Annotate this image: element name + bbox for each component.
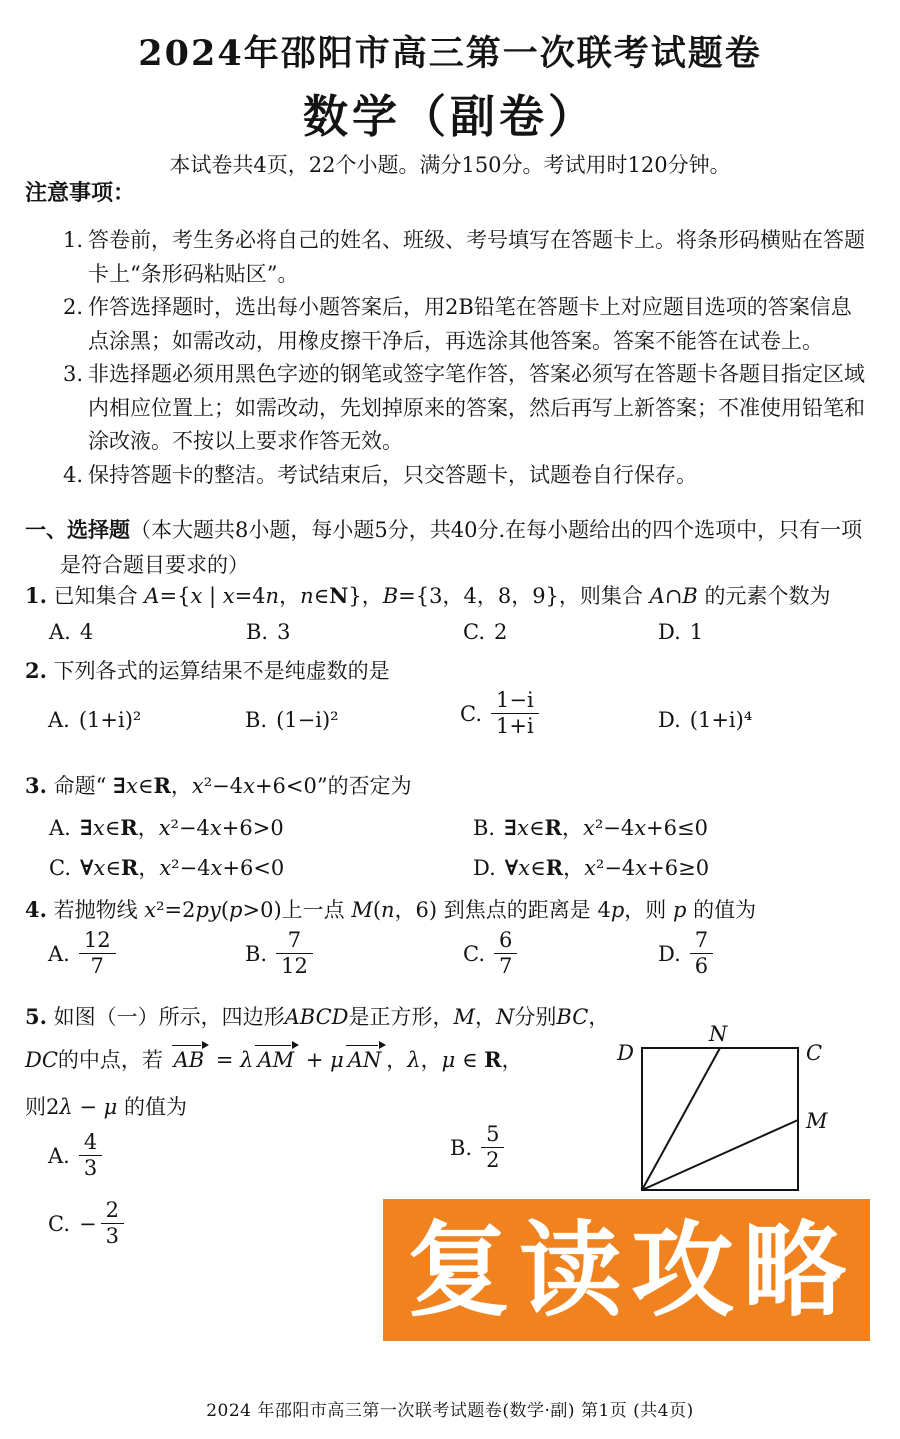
fraction: 1−i1+i — [491, 688, 539, 739]
exam-subtitle: 数学（副卷） — [0, 80, 900, 145]
exam-title: 2024年邵阳市高三第一次联考试题卷 — [0, 26, 900, 76]
question-1-option-d: D.1 — [658, 620, 703, 644]
question-3-option-d: D.∀x∈R，x²−4x+6≥0 — [473, 852, 709, 882]
question-5-stem-line-1: 5. 如图（一）所示，四边形ABCD是正方形，M，N分别BC， — [25, 1001, 609, 1031]
notice-text: 作答选择题时，选出每小题答案后，用2B铅笔在答题卡上对应题目选项的答案信息点涂黑… — [88, 295, 852, 353]
section-desc: （本大题共8小题，每小题5分，共40分.在每小题给出的四个选项中，只有一项是符合… — [60, 518, 862, 577]
question-3-stem: 3. 命题“ ∃x∈R，x²−4x+6<0”的否定为 — [25, 770, 412, 800]
question-4-option-a: A.127 — [48, 928, 116, 979]
notice-number: 1. — [63, 224, 83, 258]
question-1-option-c: C.2 — [463, 620, 507, 644]
notice-text: 答卷前，考生务必将自己的姓名、班级、考号填写在答题卡上。将条形码横贴在答题卡上“… — [88, 228, 865, 286]
question-1-stem: 1. 已知集合 A={x | x=4n，n∈N}，B={3，4，8，9}，则集合… — [25, 580, 831, 610]
question-5-stem-line-3: 则2λ − μ 的值为 — [25, 1091, 187, 1121]
question-2-stem: 2. 下列各式的运算结果不是纯虚数的是 — [25, 655, 390, 685]
section-label: 一、选择题 — [25, 519, 130, 542]
vertex-label-d: D — [616, 1041, 634, 1065]
section-heading: 一、选择题（本大题共8小题，每小题5分，共40分.在每小题给出的四个选项中，只有… — [25, 513, 877, 583]
question-2-option-c: C.1−i1+i — [460, 688, 539, 739]
fraction: 76 — [690, 928, 713, 979]
segment-a-n — [642, 1048, 720, 1190]
notice-number: 2. — [63, 291, 83, 325]
question-4-option-d: D.76 — [658, 928, 713, 979]
question-5-option-a: A.43 — [48, 1130, 102, 1181]
banner-text: 复读攻略 — [407, 1219, 855, 1322]
question-5-option-c: C.− 23 — [48, 1198, 124, 1249]
vertex-label-m: M — [805, 1109, 828, 1133]
question-2-option-d: D.(1+i)⁴ — [658, 708, 752, 732]
question-3-option-c: C.∀x∈R，x²−4x+6<0 — [49, 852, 284, 882]
question-2-option-a: A.(1+i)² — [48, 708, 141, 732]
fraction: 712 — [276, 928, 313, 979]
fraction: 43 — [79, 1130, 102, 1181]
question-4-stem: 4. 若抛物线 x²=2py(p>0)上一点 M(n，6) 到焦点的距离是 4p… — [25, 894, 756, 924]
notice-text: 非选择题必须用黑色字迹的钢笔或签字笔作答，答案必须写在答题卡各题目指定区域内相应… — [88, 362, 865, 453]
notice-heading: 注意事项： — [25, 176, 135, 207]
notice-list: 1. 答卷前，考生务必将自己的姓名、班级、考号填写在答题卡上。将条形码横贴在答题… — [63, 224, 869, 492]
notice-text: 保持答题卡的整洁。考试结束后，只交答题卡，试题卷自行保存。 — [88, 463, 697, 487]
question-1-option-b: B.3 — [246, 620, 290, 644]
question-5-stem-line-2: DC的中点，若 AB = λAM + μAN，λ，μ ∈ R， — [25, 1044, 523, 1074]
fraction: 23 — [101, 1198, 124, 1249]
notice-number: 4. — [63, 459, 83, 493]
segment-a-m — [642, 1120, 798, 1190]
question-2-option-b: B.(1−i)² — [245, 708, 339, 732]
notice-item-2: 2. 作答选择题时，选出每小题答案后，用2B铅笔在答题卡上对应题目选项的答案信息… — [63, 291, 869, 358]
square-outline — [642, 1048, 798, 1190]
question-1-option-a: A.4 — [49, 620, 93, 644]
question-3-option-b: B.∃x∈R，x²−4x+6≤0 — [473, 812, 708, 842]
vertex-label-n: N — [708, 1022, 728, 1046]
banner-overlay: 复读攻略 — [383, 1199, 870, 1341]
notice-item-3: 3. 非选择题必须用黑色字迹的钢笔或签字笔作答，答案必须写在答题卡各题目指定区域… — [63, 358, 869, 459]
figure-square-abcd: D N C M — [600, 1020, 870, 1200]
minus-sign: − — [79, 1212, 97, 1236]
exam-info-line: 本试卷共4页，22个小题。满分150分。考试用时120分钟。 — [0, 149, 900, 179]
notice-item-4: 4. 保持答题卡的整洁。考试结束后，只交答题卡，试题卷自行保存。 — [63, 459, 869, 493]
question-5-option-b: B.52 — [450, 1122, 504, 1173]
page-footer: 2024 年邵阳市高三第一次联考试题卷(数学·副) 第1页 (共4页) — [0, 1396, 900, 1421]
notice-number: 3. — [63, 358, 83, 392]
fraction: 127 — [79, 928, 116, 979]
fraction: 52 — [481, 1122, 504, 1173]
fraction: 67 — [494, 928, 517, 979]
question-3-option-a: A.∃x∈R，x²−4x+6>0 — [49, 812, 284, 842]
question-4-option-b: B.712 — [245, 928, 313, 979]
question-4-option-c: C.67 — [463, 928, 517, 979]
notice-item-1: 1. 答卷前，考生务必将自己的姓名、班级、考号填写在答题卡上。将条形码横贴在答题… — [63, 224, 869, 291]
vertex-label-c: C — [806, 1041, 822, 1065]
